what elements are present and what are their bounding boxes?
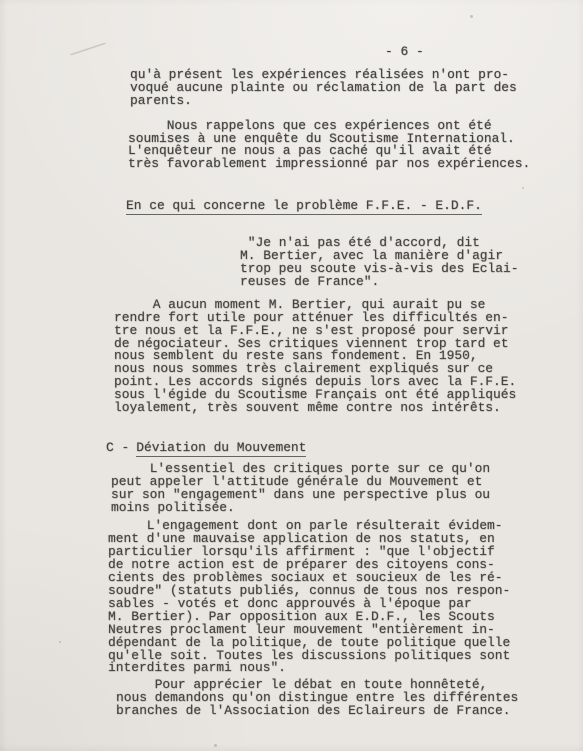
subsection-c-label: C - <box>106 440 129 455</box>
paragraph-essentiel: L'essentiel des critiques porte sur ce q… <box>111 463 583 515</box>
subsection-c-heading: C -Déviation du Mouvement <box>106 442 583 455</box>
ink-speck <box>470 15 473 18</box>
ink-speck <box>214 744 217 747</box>
scratch-mark <box>70 43 106 55</box>
document-page: - 6 - qu'à présent les expériences réali… <box>0 0 583 751</box>
paragraph-conclusion: Pour apprécier le débat en toute honnête… <box>116 679 583 718</box>
page-number: - 6 - <box>385 46 583 59</box>
section-heading-ffe-edf: En ce qui concerne le problème F.F.E. - … <box>126 200 583 213</box>
paragraph-engagement: L'engagement dont on parle résulterait é… <box>108 520 583 675</box>
paragraph-parents: qu'à présent les expériences réalisées n… <box>130 69 583 108</box>
bertier-quote: "Je n'ai pas été d'accord, dit M. Bertie… <box>240 237 583 289</box>
paragraph-enquete: Nous rappelons que ces expériences ont é… <box>128 120 583 172</box>
ink-speck <box>59 641 61 643</box>
subsection-c-title: Déviation du Mouvement <box>136 440 306 457</box>
section-heading-text: En ce qui concerne le problème F.F.E. - … <box>126 198 482 215</box>
paragraph-bertier: A aucun moment M. Bertier, qui aurait pu… <box>114 299 583 415</box>
ink-speck <box>522 187 524 189</box>
